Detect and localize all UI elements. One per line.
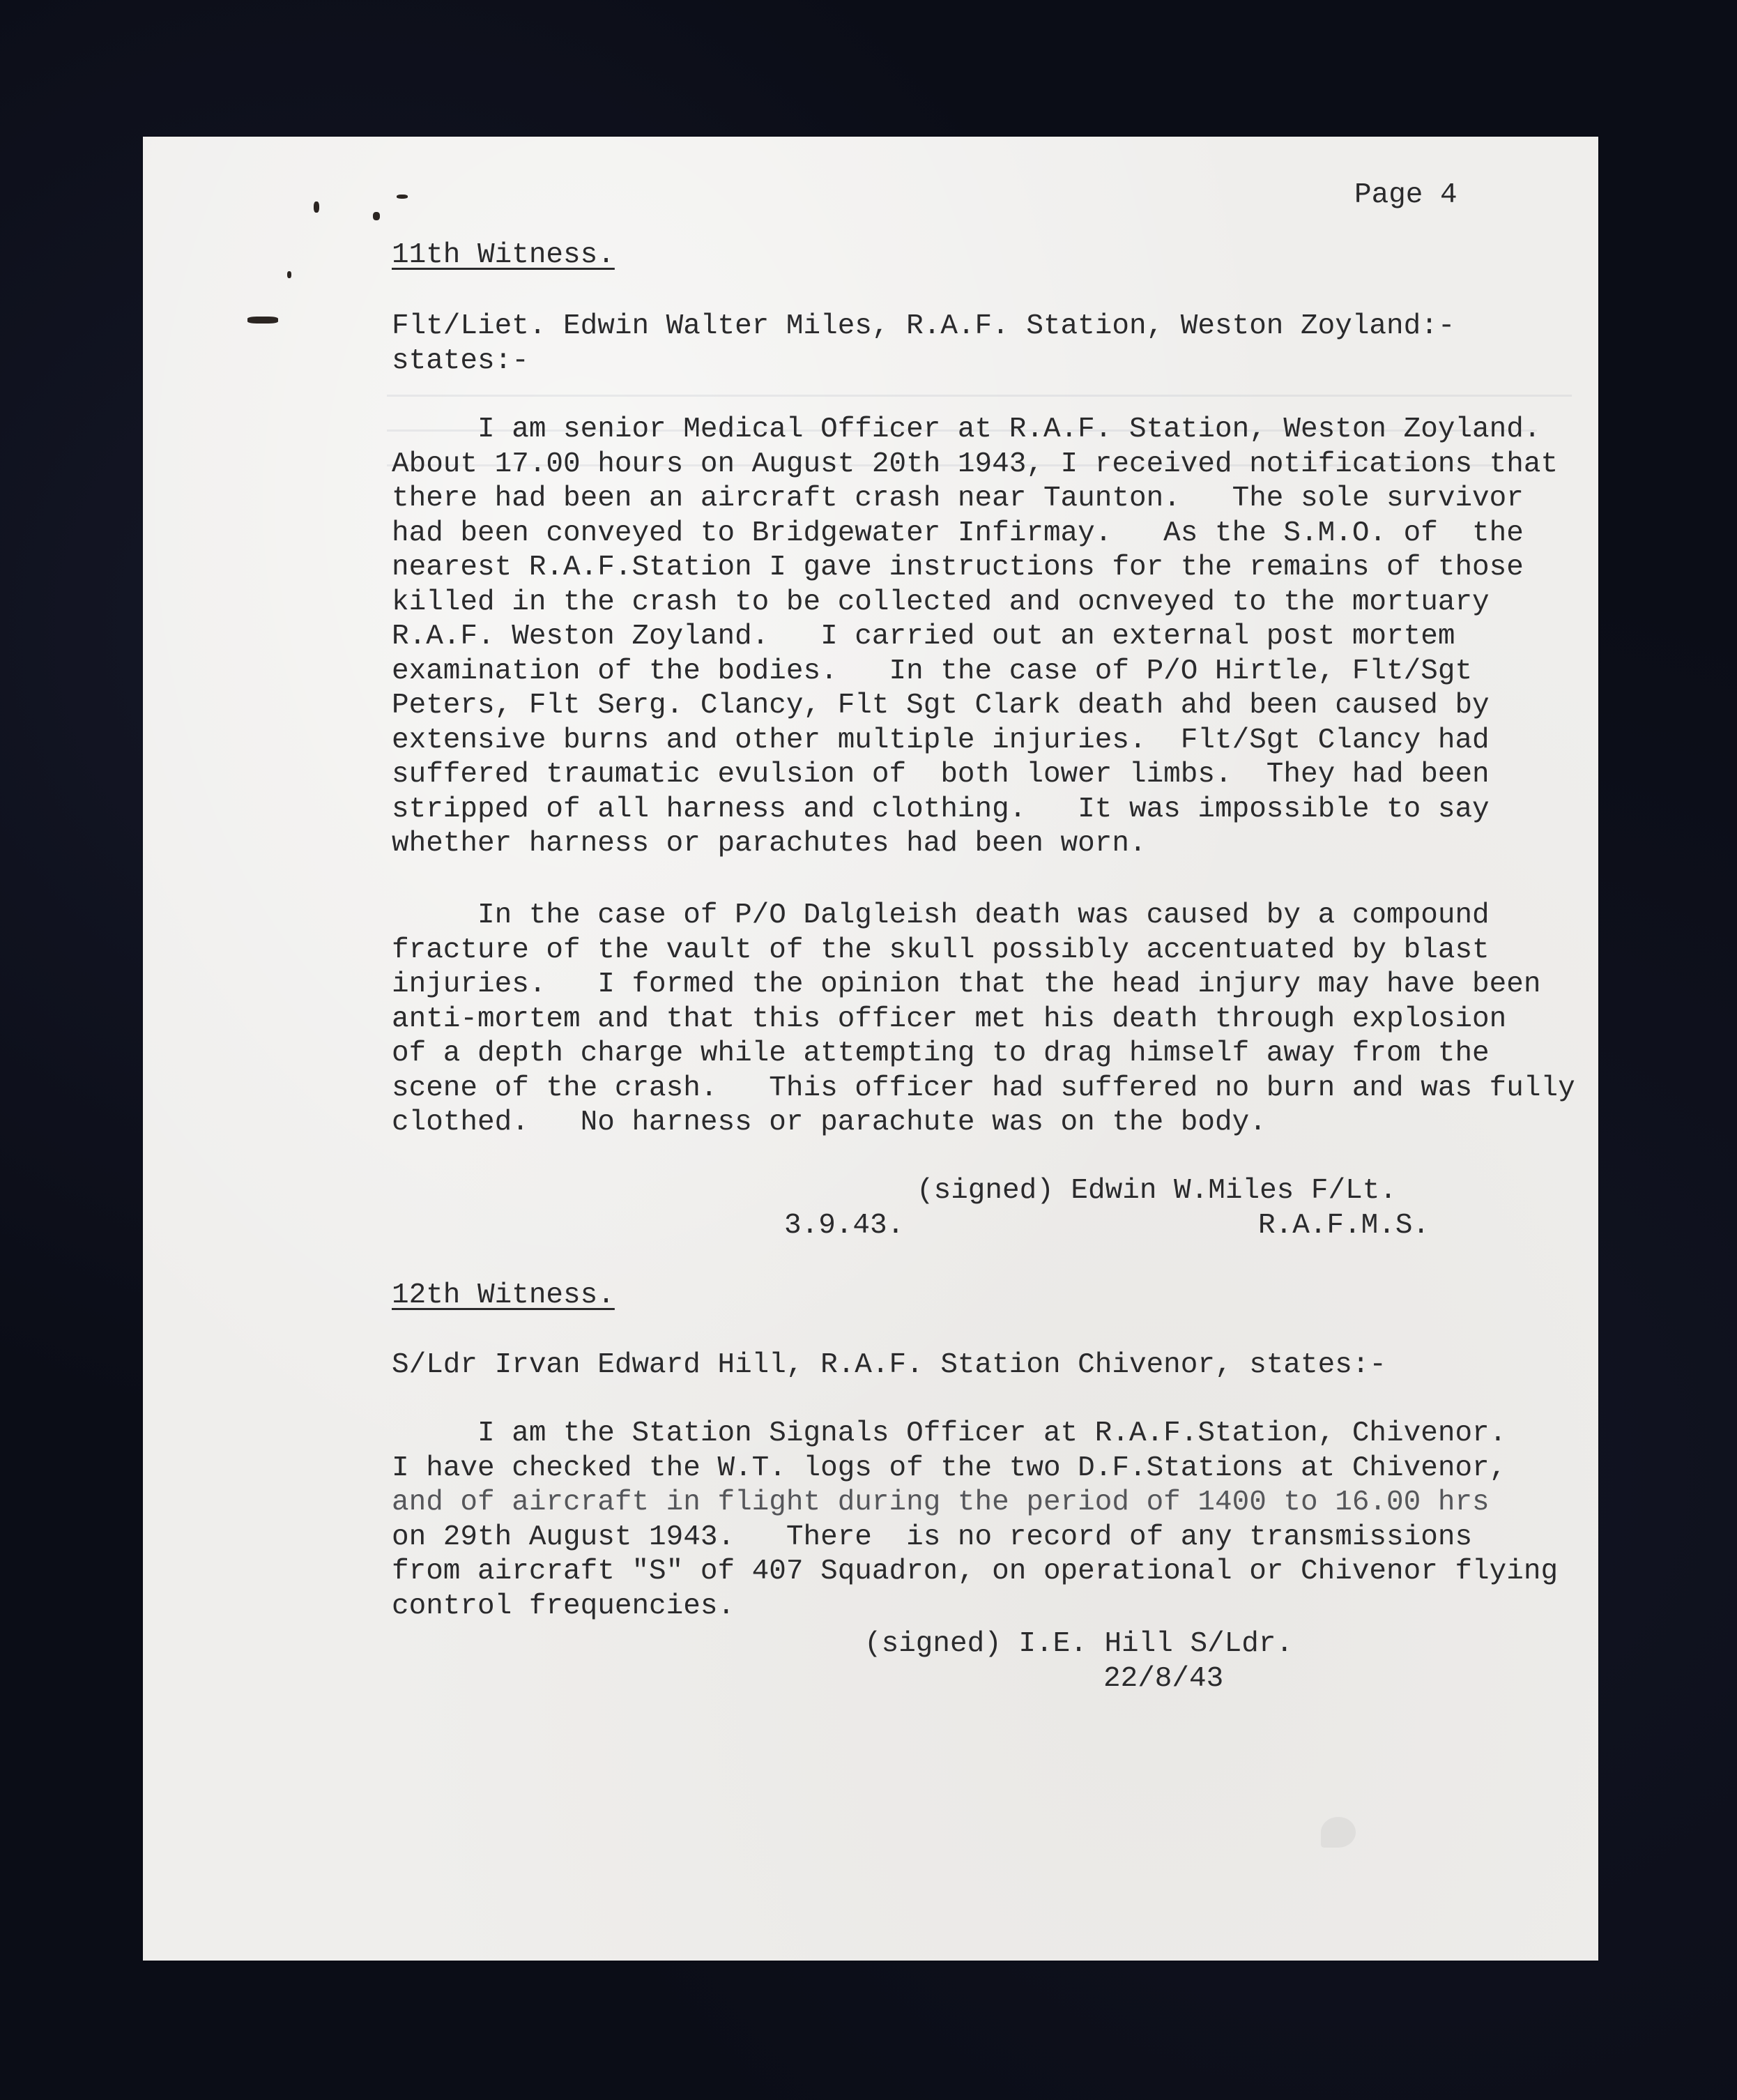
staple-hole-mark (287, 271, 291, 278)
paper-smudge (1321, 1817, 1356, 1848)
bleed-through-mark (387, 395, 1572, 397)
paragraph-line: control frequencies. (392, 1590, 735, 1625)
paragraph-line: In the case of P/O Dalgleish death was c… (392, 899, 1490, 934)
paragraph-line: extensive burns and other multiple injur… (392, 724, 1490, 759)
paragraph-line: suffered traumatic evulsion of both lowe… (392, 758, 1490, 793)
paragraph-line: from aircraft "S" of 407 Squadron, on op… (392, 1555, 1558, 1590)
paragraph-line: stripped of all harness and clothing. It… (392, 793, 1490, 828)
paragraph-line: anti-mortem and that this officer met hi… (392, 1003, 1506, 1037)
paragraph-line: I am the Station Signals Officer at R.A.… (392, 1417, 1506, 1452)
witness-intro-line: Flt/Liet. Edwin Walter Miles, R.A.F. Sta… (392, 310, 1455, 344)
witness-intro-line: S/Ldr Irvan Edward Hill, R.A.F. Station … (392, 1348, 1386, 1383)
signature-line: (signed) Edwin W.Miles F/Lt. (917, 1174, 1397, 1209)
witness-intro-line: states:- (392, 344, 529, 379)
document-page: Page 4 11th Witness. Flt/Liet. Edwin Wal… (143, 137, 1598, 1961)
signature-date: 22/8/43 (1103, 1662, 1223, 1697)
paragraph-line: I am senior Medical Officer at R.A.F. St… (392, 413, 1540, 448)
paragraph-line: whether harness or parachutes had been w… (392, 827, 1147, 862)
paragraph-line: clothed. No harness or parachute was on … (392, 1106, 1267, 1141)
signature-unit: R.A.F.M.S. (1258, 1209, 1430, 1244)
staple-hole-mark (314, 201, 319, 213)
paragraph-line: of a depth charge while attempting to dr… (392, 1037, 1490, 1072)
paragraph-line: and of aircraft in flight during the per… (392, 1486, 1490, 1521)
staple-hole-mark (373, 212, 380, 220)
paragraph-line: fracture of the vault of the skull possi… (392, 934, 1490, 968)
paragraph-line: About 17.00 hours on August 20th 1943, I… (392, 448, 1558, 482)
paragraph-line: nearest R.A.F.Station I gave instruction… (392, 551, 1524, 586)
signature-line: (signed) I.E. Hill S/Ldr. (864, 1627, 1293, 1662)
section-heading-12th-witness: 12th Witness. (392, 1279, 615, 1314)
staple-hole-mark (247, 317, 278, 324)
paragraph-line: killed in the crash to be collected and … (392, 586, 1490, 621)
paragraph-line: R.A.F. Weston Zoyland. I carried out an … (392, 620, 1455, 655)
paragraph-line: examination of the bodies. In the case o… (392, 655, 1472, 690)
page-number: Page 4 (1354, 178, 1457, 213)
paragraph-line: scene of the crash. This officer had suf… (392, 1072, 1575, 1106)
paragraph-line: I have checked the W.T. logs of the two … (392, 1452, 1506, 1486)
paragraph-line: there had been an aircraft crash near Ta… (392, 482, 1524, 517)
paragraph-line: on 29th August 1943. There is no record … (392, 1521, 1472, 1555)
paragraph-line: had been conveyed to Bridgewater Infirma… (392, 517, 1524, 551)
paragraph-line: injuries. I formed the opinion that the … (392, 968, 1540, 1003)
staple-hole-mark (397, 195, 408, 199)
paragraph-line: Peters, Flt Serg. Clancy, Flt Sgt Clark … (392, 689, 1490, 724)
section-heading-11th-witness: 11th Witness. (392, 238, 615, 273)
signature-date: 3.9.43. (784, 1209, 904, 1244)
